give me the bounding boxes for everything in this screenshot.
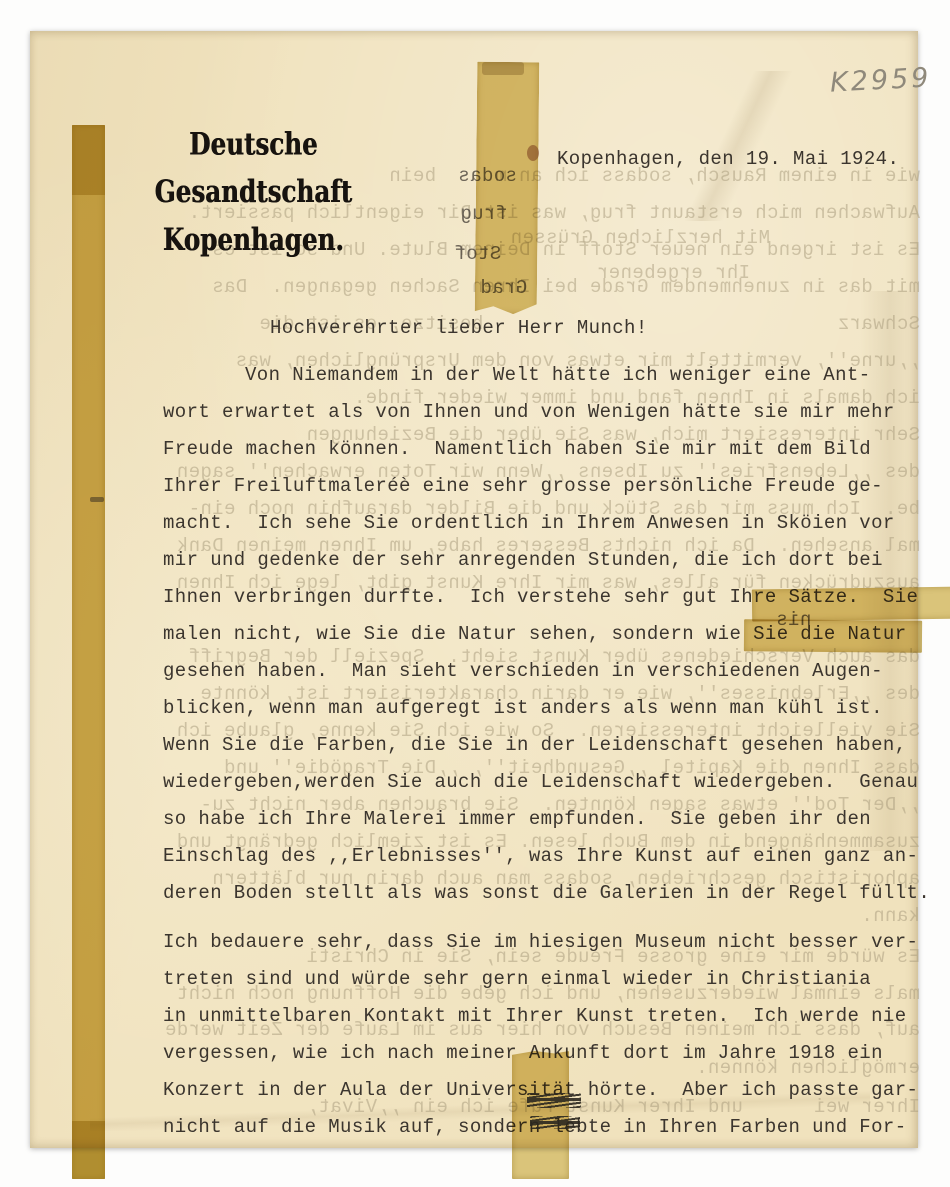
letter-line: wiedergeben,werden Sie auch die Leidensc…	[163, 771, 918, 797]
tape-patch-right-upper	[752, 586, 950, 621]
letter-line: Freude machen können. Namentlich haben S…	[163, 438, 871, 464]
letter-line: Wenn Sie die Farben, die Sie in der Leid…	[163, 734, 907, 760]
letter-line: mir und gedenke der sehr anregenden Stun…	[163, 549, 883, 575]
letter-line: Ich bedauere sehr, dass Sie im hiesigen …	[163, 931, 918, 957]
ink-smudge	[482, 62, 524, 75]
salutation: Hochverehrter lieber Herr Munch!	[270, 317, 648, 339]
letter-line: blicken, wenn man aufgeregt ist anders a…	[163, 697, 883, 723]
letterhead-line1: Deutsche Gesandtschaft	[118, 121, 389, 217]
letter-paper: wie in einem Rausch, sodass ich an m bei…	[30, 31, 918, 1148]
tape-stain	[72, 125, 105, 195]
scan-background: wie in einem Rausch, sodass ich an m bei…	[0, 0, 950, 1187]
bleedthrough-line: kann.	[145, 905, 920, 927]
tape-patch-right-lower	[744, 619, 922, 653]
ink-overstrike	[530, 1116, 580, 1129]
tape-strip-bottom-middle	[512, 1051, 569, 1179]
tape-strip-left	[72, 125, 105, 1179]
letter-line: Ihrer Freiluftmaleréè eine sehr grosse p…	[163, 475, 883, 501]
letterhead: Deutsche Gesandtschaft Kopenhagen.	[118, 121, 389, 265]
ink-smudge	[527, 145, 539, 161]
letter-line: in unmittelbaren Kontakt mit Ihrer Kunst…	[163, 1005, 907, 1031]
letter-line: Einschlag des ,,Erlebnisses'', was Ihre …	[163, 845, 918, 871]
letter-line: macht. Ich sehe Sie ordentlich in Ihrem …	[163, 512, 895, 538]
letter-line: treten sind und würde sehr gern einmal w…	[163, 968, 871, 994]
tape-stain	[72, 1121, 105, 1179]
letter-line: Von Niemandem in der Welt hätte ich weni…	[245, 364, 871, 390]
letter-line: deren Boden stellt als was sonst die Gal…	[163, 882, 930, 908]
letter-line: so habe ich Ihre Malerei immer empfunden…	[163, 808, 871, 834]
letter-line: gesehen haben. Man sieht verschieden in …	[163, 660, 883, 686]
catalog-annotation: K2959	[829, 62, 932, 98]
ink-overstrike	[527, 1093, 581, 1108]
tape-strip-top-middle	[475, 62, 540, 315]
ink-smudge	[90, 497, 104, 502]
dateline: Kopenhagen, den 19. Mai 1924.	[557, 148, 899, 170]
letterhead-line2: Kopenhagen.	[118, 217, 389, 265]
letter-line: wort erwartet als von Ihnen und von Weni…	[163, 401, 895, 427]
